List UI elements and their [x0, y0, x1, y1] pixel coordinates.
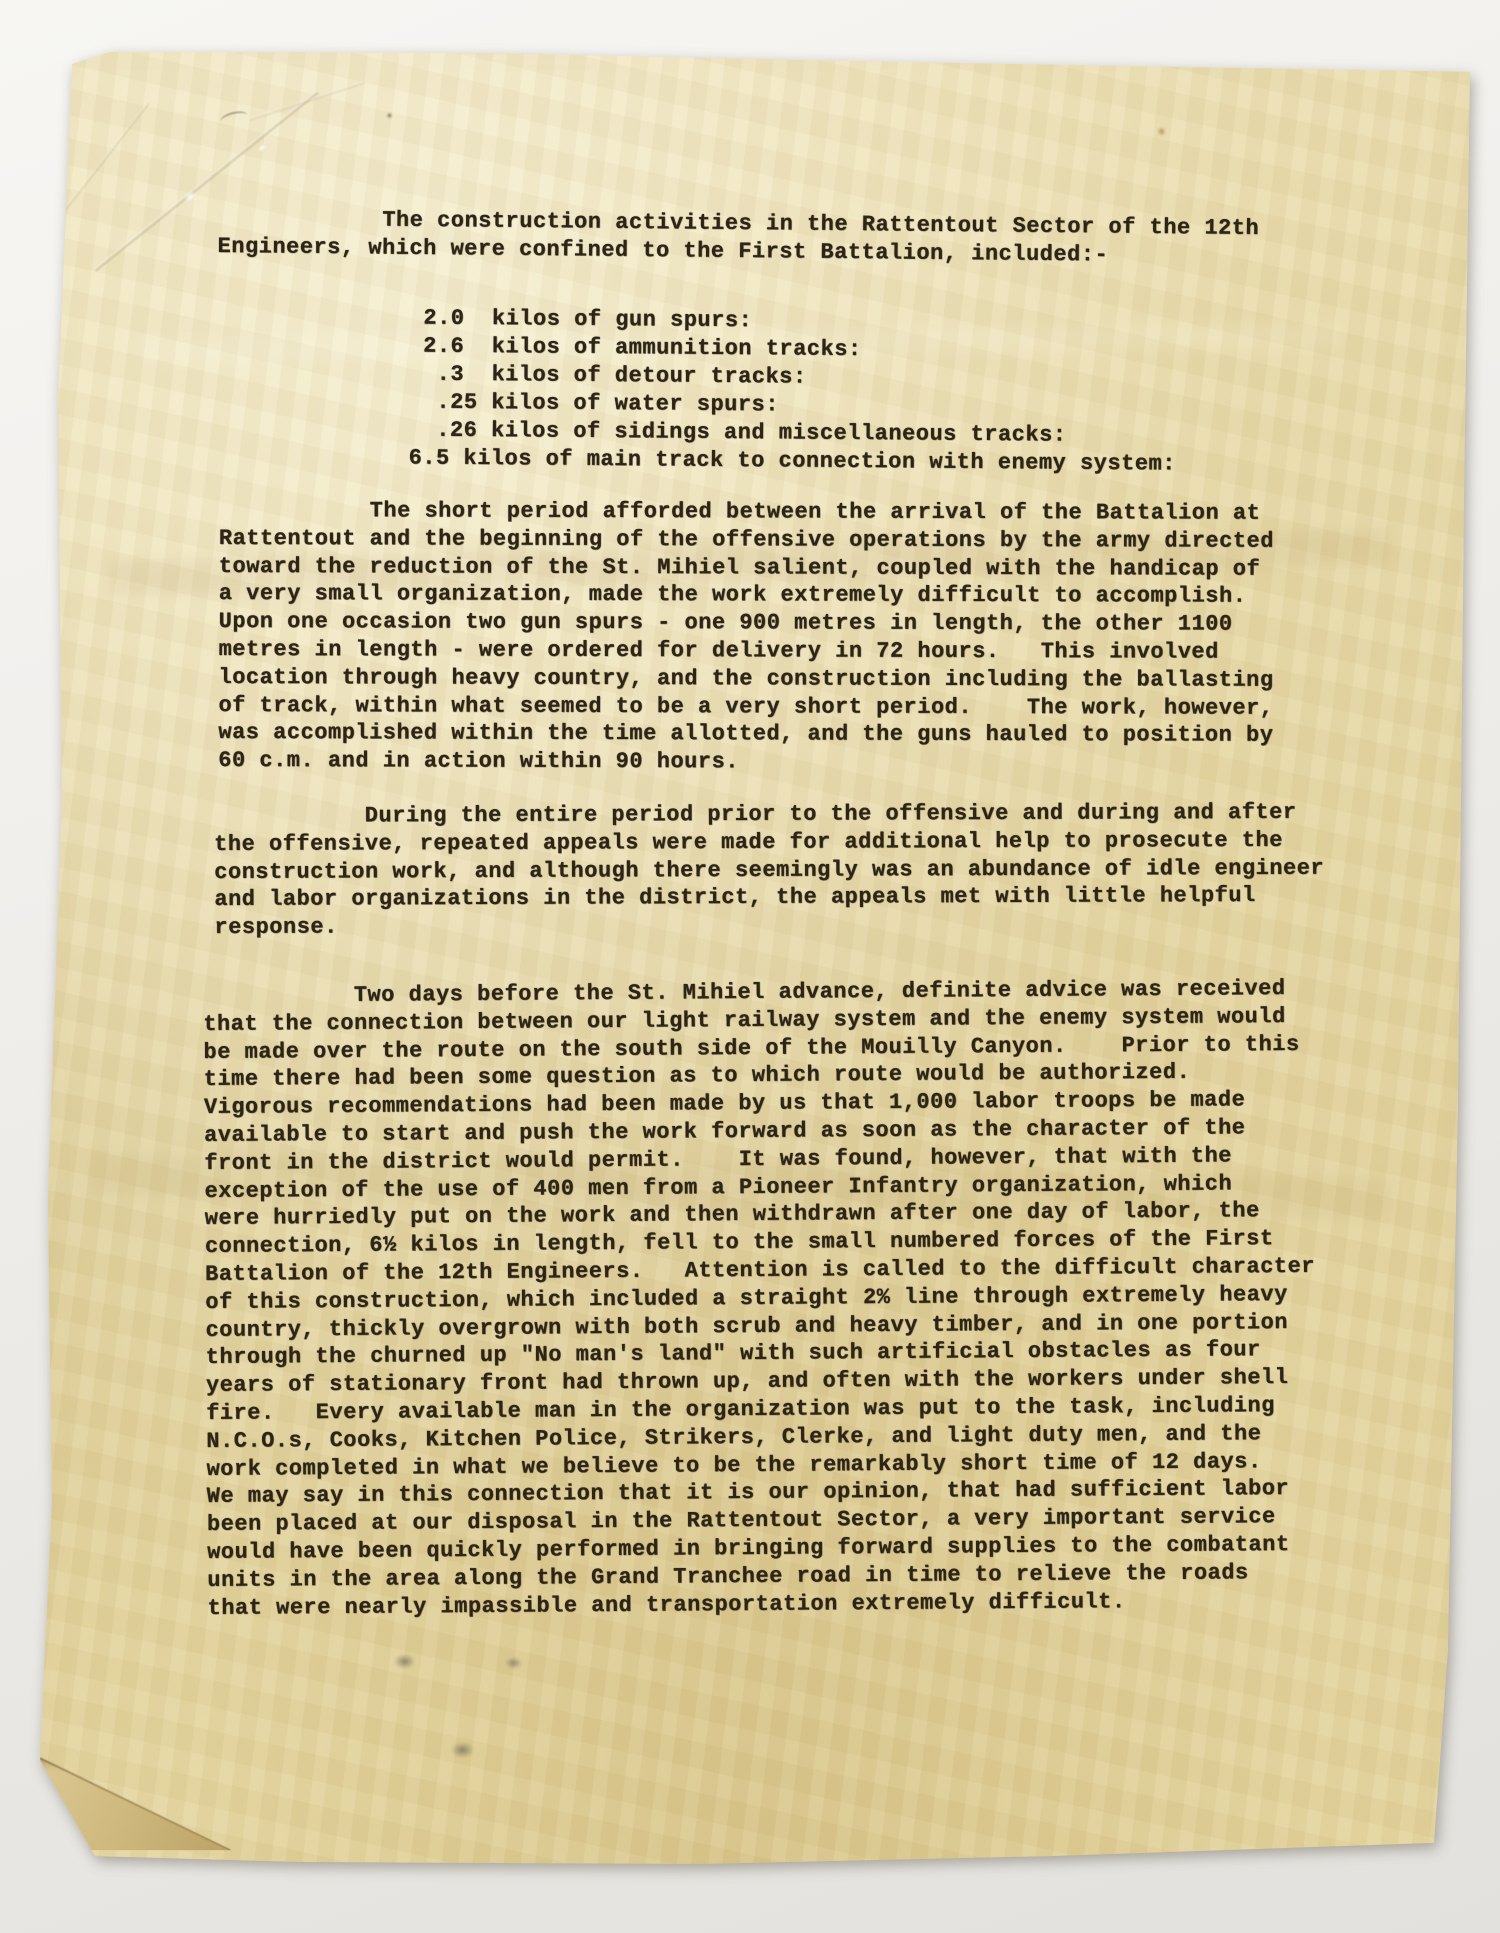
paragraph-appeals: During the entire period prior to the of…: [214, 799, 1324, 942]
document-page: The construction activities in the Ratte…: [0, 0, 1500, 1933]
scan-background: The construction activities in the Ratte…: [0, 0, 1500, 1933]
text-line: metres in length - were ordered for deli…: [219, 636, 1274, 667]
text-line: During the entire period prior to the of…: [214, 799, 1324, 831]
text-line: 60 c.m. and in action within 90 hours.: [218, 747, 1273, 778]
ink-speck: [387, 113, 392, 118]
text-line: of track, within what seemed to be a ver…: [218, 692, 1273, 723]
text-line: Upon one occasion two gun spurs - one 90…: [219, 608, 1274, 639]
paragraph-short-period: The short period afforded between the ar…: [218, 497, 1274, 778]
crease-glint: [256, 143, 268, 154]
crease-glint: [182, 189, 199, 205]
text-line: was accomplished within the time allotte…: [218, 719, 1273, 750]
text-line: construction work, and although there se…: [214, 854, 1324, 886]
ink-stain: [394, 1654, 415, 1669]
paragraph-advance: Two days before the St. Mihiel advance, …: [203, 975, 1318, 1622]
ink-stain: [451, 1742, 474, 1758]
text-line: The short period afforded between the ar…: [219, 497, 1274, 528]
ink-stain: [505, 1657, 522, 1669]
paper-shadow-wrap: The construction activities in the Ratte…: [0, 0, 1500, 1933]
text-line: toward the reduction of the St. Mihiel s…: [219, 553, 1274, 584]
text-line: the offensive, repeated appeals were mad…: [214, 827, 1324, 859]
crease-mark: [61, 102, 150, 214]
track-quantities-list: 2.0 kilos of gun spurs: 2.6 kilos of amm…: [217, 303, 1177, 479]
text-line: a very small organization, made the work…: [219, 580, 1274, 611]
text-line: response.: [214, 910, 1324, 942]
crease-mark: [250, 81, 365, 121]
rust-spot: [1157, 127, 1166, 136]
pencil-mark: [219, 109, 249, 128]
paper-texture: [0, 0, 1500, 1933]
text-line: location through heavy country, and the …: [218, 664, 1273, 695]
text-line: and labor organizations in the district,…: [214, 882, 1324, 914]
paragraph-intro: The construction activities in the Ratte…: [217, 205, 1259, 271]
text-line: Rattentout and the beginning of the offe…: [219, 525, 1274, 556]
